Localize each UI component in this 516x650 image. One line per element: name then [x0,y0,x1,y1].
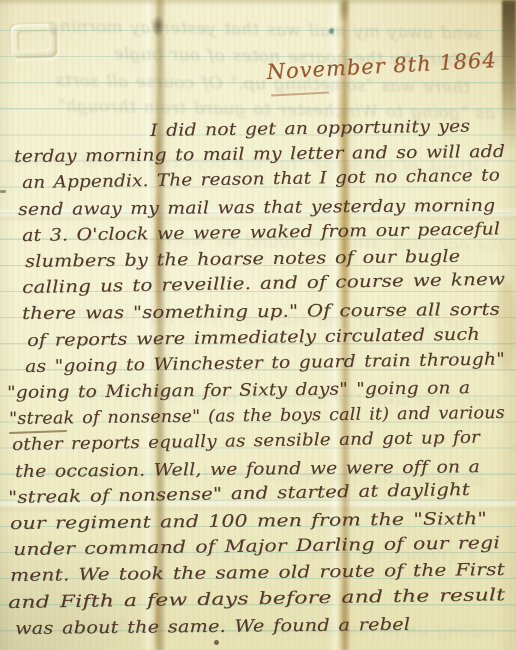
ink-speck-teal [329,28,334,34]
ink-speck-dot [214,640,219,645]
letter-line: send away my mail was that yesterday mor… [18,195,495,219]
scanned-letter-page: send away my mail was that yesterday mor… [0,0,516,650]
letter-line: the occasion. Well, we found we were off… [15,457,480,482]
letter-line: was about the same. We found a rebel [15,615,410,639]
ink-speck-left-margin [0,190,6,193]
page-top-shadow [0,0,516,6]
page-edge-shadow [502,0,516,150]
